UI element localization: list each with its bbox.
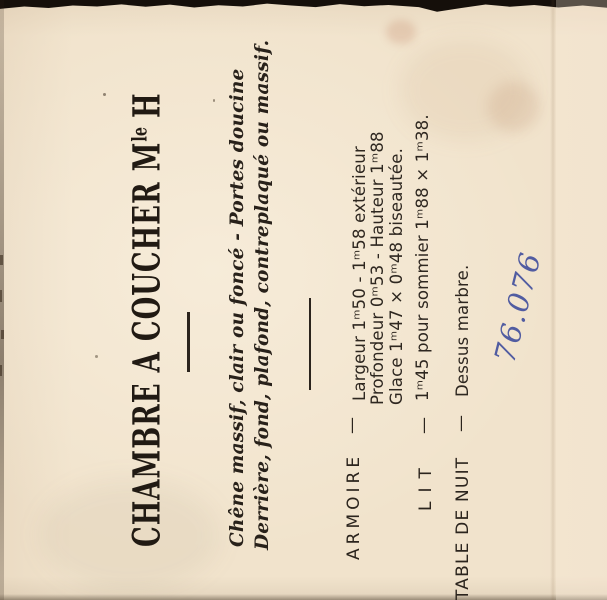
title-text: CHAMBRE A COUCHER M [126,142,170,547]
subtitle-line-2: Derrière, fond, plafond, contreplaqué ou… [252,40,273,550]
lit-spec-sommier: 1ᵐ45 pour sommier 1ᵐ88 × 1ᵐ38. [413,114,432,401]
subtitle-line-1: Chêne massif, clair ou foncé - Portes do… [227,69,248,547]
rotated-page-content: CHAMBRE A COUCHER MleH Chêne massif, cla… [0,0,607,600]
handwritten-inventory-number: 76.076 [488,248,548,366]
title-suffix: H [126,92,170,118]
section-dash-lit: — [414,417,434,434]
armoire-spec-glace: Glace 1ᵐ47 × 0ᵐ48 biseautée. [387,148,406,405]
section-label-table-de-nuit: TABLE DE NUIT [453,457,473,600]
section-label-lit: LIT [416,459,436,511]
armoire-spec-profondeur: Profondeur 0ᵐ53 - Hauteur 1ᵐ88 [368,131,387,405]
section-dash-table-de-nuit: — [451,415,471,432]
title-superscript: le [129,127,152,142]
section-label-armoire: ARMOIRE [344,453,364,560]
scanned-catalog-page: CHAMBRE A COUCHER MleH Chêne massif, cla… [0,0,607,600]
divider-rule-under-subtitle [309,298,311,390]
section-dash-armoire: — [342,417,362,434]
divider-rule-under-title [187,312,190,372]
page-title: CHAMBRE A COUCHER MleH [126,92,170,547]
armoire-spec-largeur: Largeur 1ᵐ50 - 1ᵐ58 extérieur [350,146,369,401]
table-de-nuit-spec-marbre: Dessus marbre. [453,265,472,397]
